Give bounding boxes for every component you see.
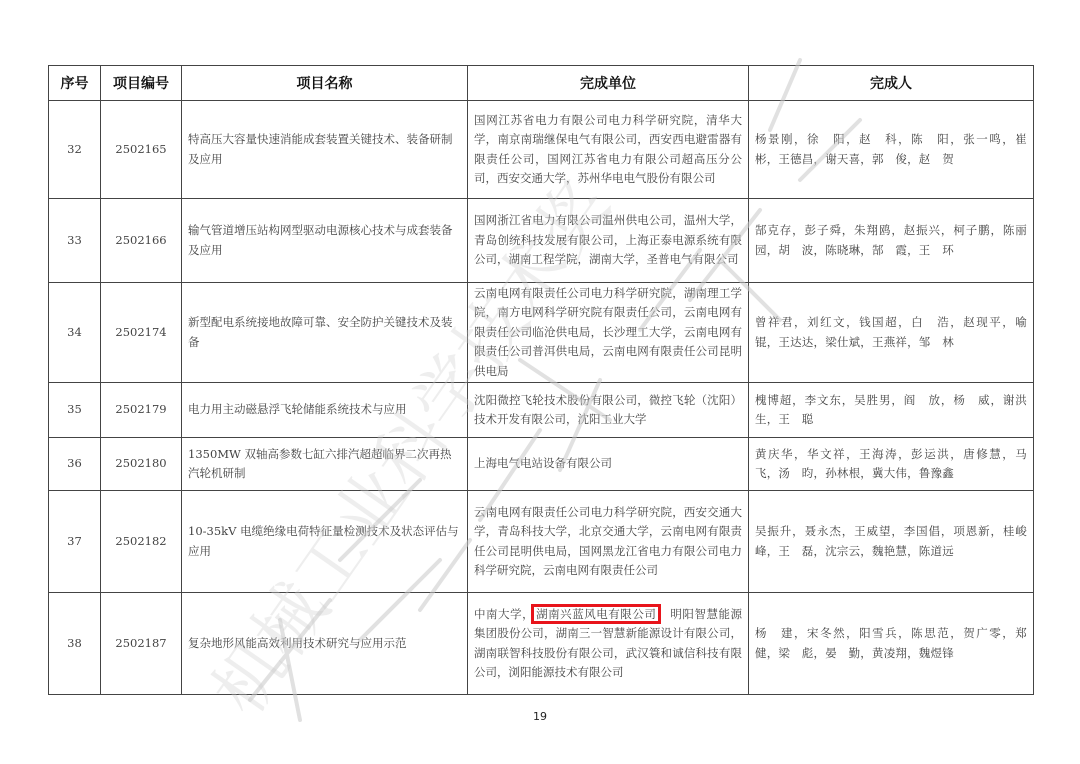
document-page: 序号 项目编号 项目名称 完成单位 完成人 32 2502165 特高压大容量快… xyxy=(0,0,1080,764)
row-people: 郜克存，彭子舜，朱翔鸥，赵振兴，柯子鹏，陈丽园，胡 波，陈晓琳，郜 霞，王 环 xyxy=(749,199,1034,283)
row-index: 38 xyxy=(49,593,101,695)
row-code: 2502180 xyxy=(101,438,182,491)
row-project-name: 电力用主动磁悬浮飞轮储能系统技术与应用 xyxy=(182,383,468,438)
row-code: 2502182 xyxy=(101,491,182,593)
row-people: 杨景刚，徐 阳，赵 科，陈 阳，张一鸣，崔 彬，王德昌，谢天喜，郭 俊，赵 贺 xyxy=(749,101,1034,199)
table-row: 37 2502182 10-35kV 电缆绝缘电荷特征量检测技术及状态评估与应用… xyxy=(49,491,1034,593)
row-code: 2502187 xyxy=(101,593,182,695)
units-before-highlight: 中南大学， xyxy=(474,607,534,621)
row-units: 国网浙江省电力有限公司温州供电公司，温州大学，青岛创统科技发展有限公司，上海正泰… xyxy=(468,199,749,283)
table-header-row: 序号 项目编号 项目名称 完成单位 完成人 xyxy=(49,66,1034,101)
row-code: 2502166 xyxy=(101,199,182,283)
page-number: 19 xyxy=(0,710,1080,723)
row-people: 黄庆华，华文祥，王海涛，彭运洪，唐修慧，马 飞，汤 昀，孙林根，冀大伟，鲁豫鑫 xyxy=(749,438,1034,491)
row-units: 中南大学，湖南兴蓝风电有限公司，明阳智慧能源集团股份公司，湖南三一智慧新能源设计… xyxy=(468,593,749,695)
row-project-name: 复杂地形风能高效利用技术研究与应用示范 xyxy=(182,593,468,695)
table-row: 38 2502187 复杂地形风能高效利用技术研究与应用示范 中南大学，湖南兴蓝… xyxy=(49,593,1034,695)
row-project-name: 输气管道增压站构网型驱动电源核心技术与成套装备及应用 xyxy=(182,199,468,283)
highlighted-unit: 湖南兴蓝风电有限公司 xyxy=(534,607,658,621)
row-index: 35 xyxy=(49,383,101,438)
header-units: 完成单位 xyxy=(468,66,749,101)
table-row: 35 2502179 电力用主动磁悬浮飞轮储能系统技术与应用 沈阳微控飞轮技术股… xyxy=(49,383,1034,438)
row-units: 沈阳微控飞轮技术股份有限公司，微控飞轮（沈阳）技术开发有限公司，沈阳工业大学 xyxy=(468,383,749,438)
row-project-name: 1350MW 双轴高参数七缸六排汽超超临界二次再热汽轮机研制 xyxy=(182,438,468,491)
row-code: 2502165 xyxy=(101,101,182,199)
row-index: 34 xyxy=(49,283,101,383)
row-code: 2502179 xyxy=(101,383,182,438)
table-row: 36 2502180 1350MW 双轴高参数七缸六排汽超超临界二次再热汽轮机研… xyxy=(49,438,1034,491)
row-code: 2502174 xyxy=(101,283,182,383)
header-people: 完成人 xyxy=(749,66,1034,101)
row-index: 37 xyxy=(49,491,101,593)
row-index: 33 xyxy=(49,199,101,283)
row-units: 上海电气电站设备有限公司 xyxy=(468,438,749,491)
row-people: 槐博超，李文东，吴胜男，阎 放，杨 威，谢洪生，王 聪 xyxy=(749,383,1034,438)
table-row: 34 2502174 新型配电系统接地故障可靠、安全防护关键技术及装备 云南电网… xyxy=(49,283,1034,383)
row-project-name: 特高压大容量快速消能成套装置关键技术、装备研制及应用 xyxy=(182,101,468,199)
header-name: 项目名称 xyxy=(182,66,468,101)
row-units: 云南电网有限责任公司电力科学研究院，西安交通大学，青岛科技大学，北京交通大学，云… xyxy=(468,491,749,593)
award-table: 序号 项目编号 项目名称 完成单位 完成人 32 2502165 特高压大容量快… xyxy=(48,65,1034,695)
row-people: 曾祥君，刘红文，钱国超，白 浩，赵现平，喻 锟，王达达，梁仕斌，王燕祥，邹 林 xyxy=(749,283,1034,383)
header-code: 项目编号 xyxy=(101,66,182,101)
row-people: 吴振升，聂永杰，王威望，李国倡，项恩新，桂峻峰，王 磊，沈宗云，魏艳慧，陈道远 xyxy=(749,491,1034,593)
row-index: 32 xyxy=(49,101,101,199)
row-project-name: 10-35kV 电缆绝缘电荷特征量检测技术及状态评估与应用 xyxy=(182,491,468,593)
row-project-name: 新型配电系统接地故障可靠、安全防护关键技术及装备 xyxy=(182,283,468,383)
row-units: 国网江苏省电力有限公司电力科学研究院，清华大学，南京南瑞继保电气有限公司，西安西… xyxy=(468,101,749,199)
row-people: 杨 建，宋冬然，阳雪兵，陈思范，贺广零，郑 健，梁 彪，晏 勤，黄凌翔，魏煜锋 xyxy=(749,593,1034,695)
table-row: 32 2502165 特高压大容量快速消能成套装置关键技术、装备研制及应用 国网… xyxy=(49,101,1034,199)
row-units: 云南电网有限责任公司电力科学研究院，湖南理工学院，南方电网科学研究院有限责任公司… xyxy=(468,283,749,383)
header-index: 序号 xyxy=(49,66,101,101)
table-row: 33 2502166 输气管道增压站构网型驱动电源核心技术与成套装备及应用 国网… xyxy=(49,199,1034,283)
row-index: 36 xyxy=(49,438,101,491)
